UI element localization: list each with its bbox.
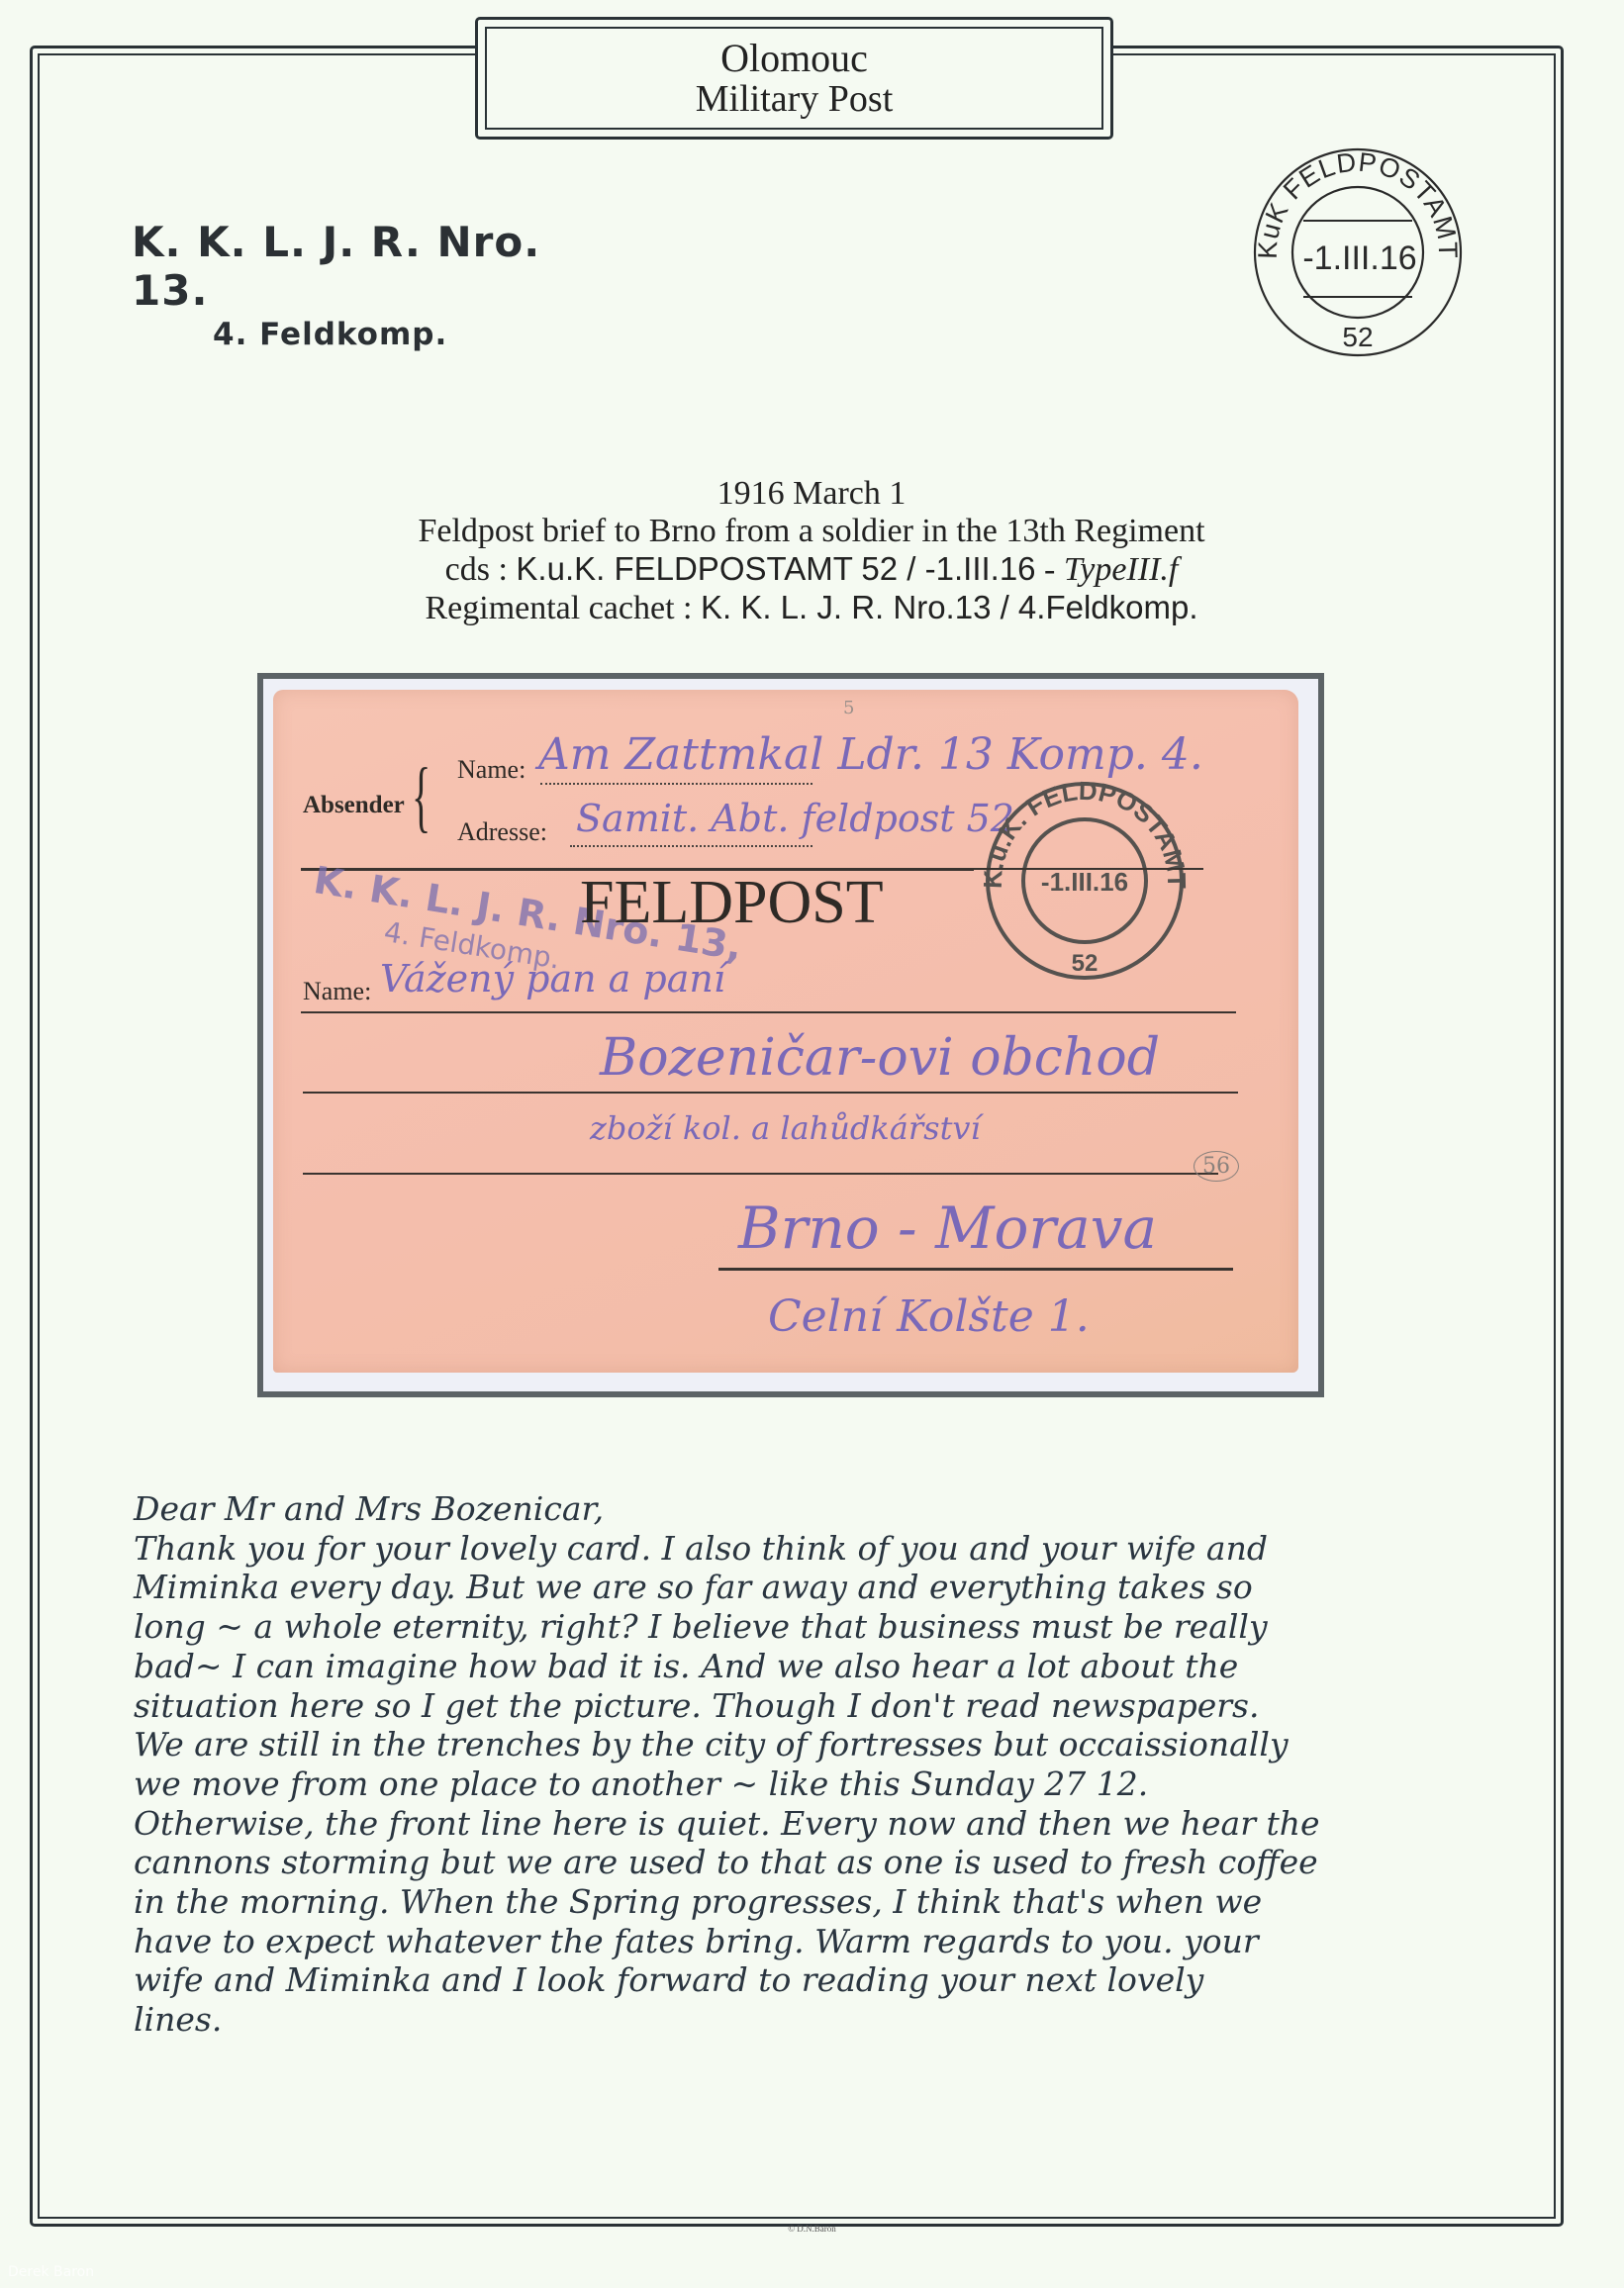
cds-postmark-icon: KuK FELDPOSTAMT -1.III.16 52 xyxy=(1249,143,1467,361)
pencil-mark: 5 xyxy=(843,698,854,718)
copyright: © D.N.Baron xyxy=(0,2224,1624,2234)
feldpost-top-rule-right xyxy=(907,868,1203,870)
watermark: Derek Baron xyxy=(8,2264,94,2280)
recipient-rule-1 xyxy=(301,1011,1236,1013)
card-cds-postmark-icon: K.u.K. FELDPOSTAMT -1.III.16 52 xyxy=(981,777,1189,985)
absender-brace: { xyxy=(412,757,430,836)
svg-text:-1.III.16: -1.III.16 xyxy=(1302,239,1416,277)
cover-date: 1916 March 1 xyxy=(297,475,1326,513)
sender-address-label: Adresse: xyxy=(457,817,547,847)
sender-address-dotted-line xyxy=(570,845,812,847)
cachet-line1: K. K. L. J. R. Nro. 13. xyxy=(132,218,607,315)
recipient-line1-handwriting: Vážený pan a paní xyxy=(380,957,725,1001)
pencil-number: 56 xyxy=(1194,1151,1239,1182)
recipient-line5-handwriting: Celní Kolšte 1. xyxy=(768,1291,1090,1342)
sender-address-handwriting: Samit. Abt. feldpost 52 xyxy=(576,797,1014,840)
svg-text:52: 52 xyxy=(1342,322,1373,352)
letter-transcription: Dear Mr and Mrs Bozenicar, Thank you for… xyxy=(134,1489,1460,2040)
feldpost-card: Absender { Name: Adresse: Am Zattmkal Ld… xyxy=(273,690,1298,1373)
recipient-rule-4 xyxy=(718,1268,1233,1271)
cover-summary: Feldpost brief to Brno from a soldier in… xyxy=(297,513,1326,550)
cachet-line2: 4. Feldkomp. xyxy=(213,317,607,352)
title-box: Olomouc Military Post xyxy=(475,17,1113,140)
cachet-description: Regimental cachet : K. K. L. J. R. Nro.1… xyxy=(297,589,1326,627)
sender-name-label: Name: xyxy=(457,755,525,785)
page-title: Olomouc xyxy=(720,38,868,79)
absender-label: Absender xyxy=(303,792,405,819)
recipient-name-label: Name: xyxy=(303,977,371,1006)
recipient-line2-handwriting: Bozeničar-ovi obchod xyxy=(600,1028,1160,1088)
sender-name-handwriting: Am Zattmkal Ldr. 13 Komp. 4. xyxy=(538,729,1203,780)
svg-text:52: 52 xyxy=(1072,950,1099,977)
recipient-line3-handwriting: zboží kol. a lahůdkářství xyxy=(590,1109,981,1147)
sender-name-dotted-line xyxy=(540,783,812,785)
recipient-line4-handwriting: Brno - Morava xyxy=(738,1194,1157,1262)
recipient-rule-2 xyxy=(303,1092,1238,1094)
recipient-rule-3 xyxy=(303,1173,1218,1175)
page-subtitle: Military Post xyxy=(696,79,894,119)
regimental-cachet-header: K. K. L. J. R. Nro. 13. 4. Feldkomp. xyxy=(132,218,607,352)
cover-description: 1916 March 1 Feldpost brief to Brno from… xyxy=(297,475,1326,627)
svg-text:-1.III.16: -1.III.16 xyxy=(1041,867,1128,897)
cds-description: cds : K.u.K. FELDPOSTAMT 52 / -1.III.16 … xyxy=(297,550,1326,589)
feldpost-heading: FELDPOST xyxy=(580,868,884,938)
